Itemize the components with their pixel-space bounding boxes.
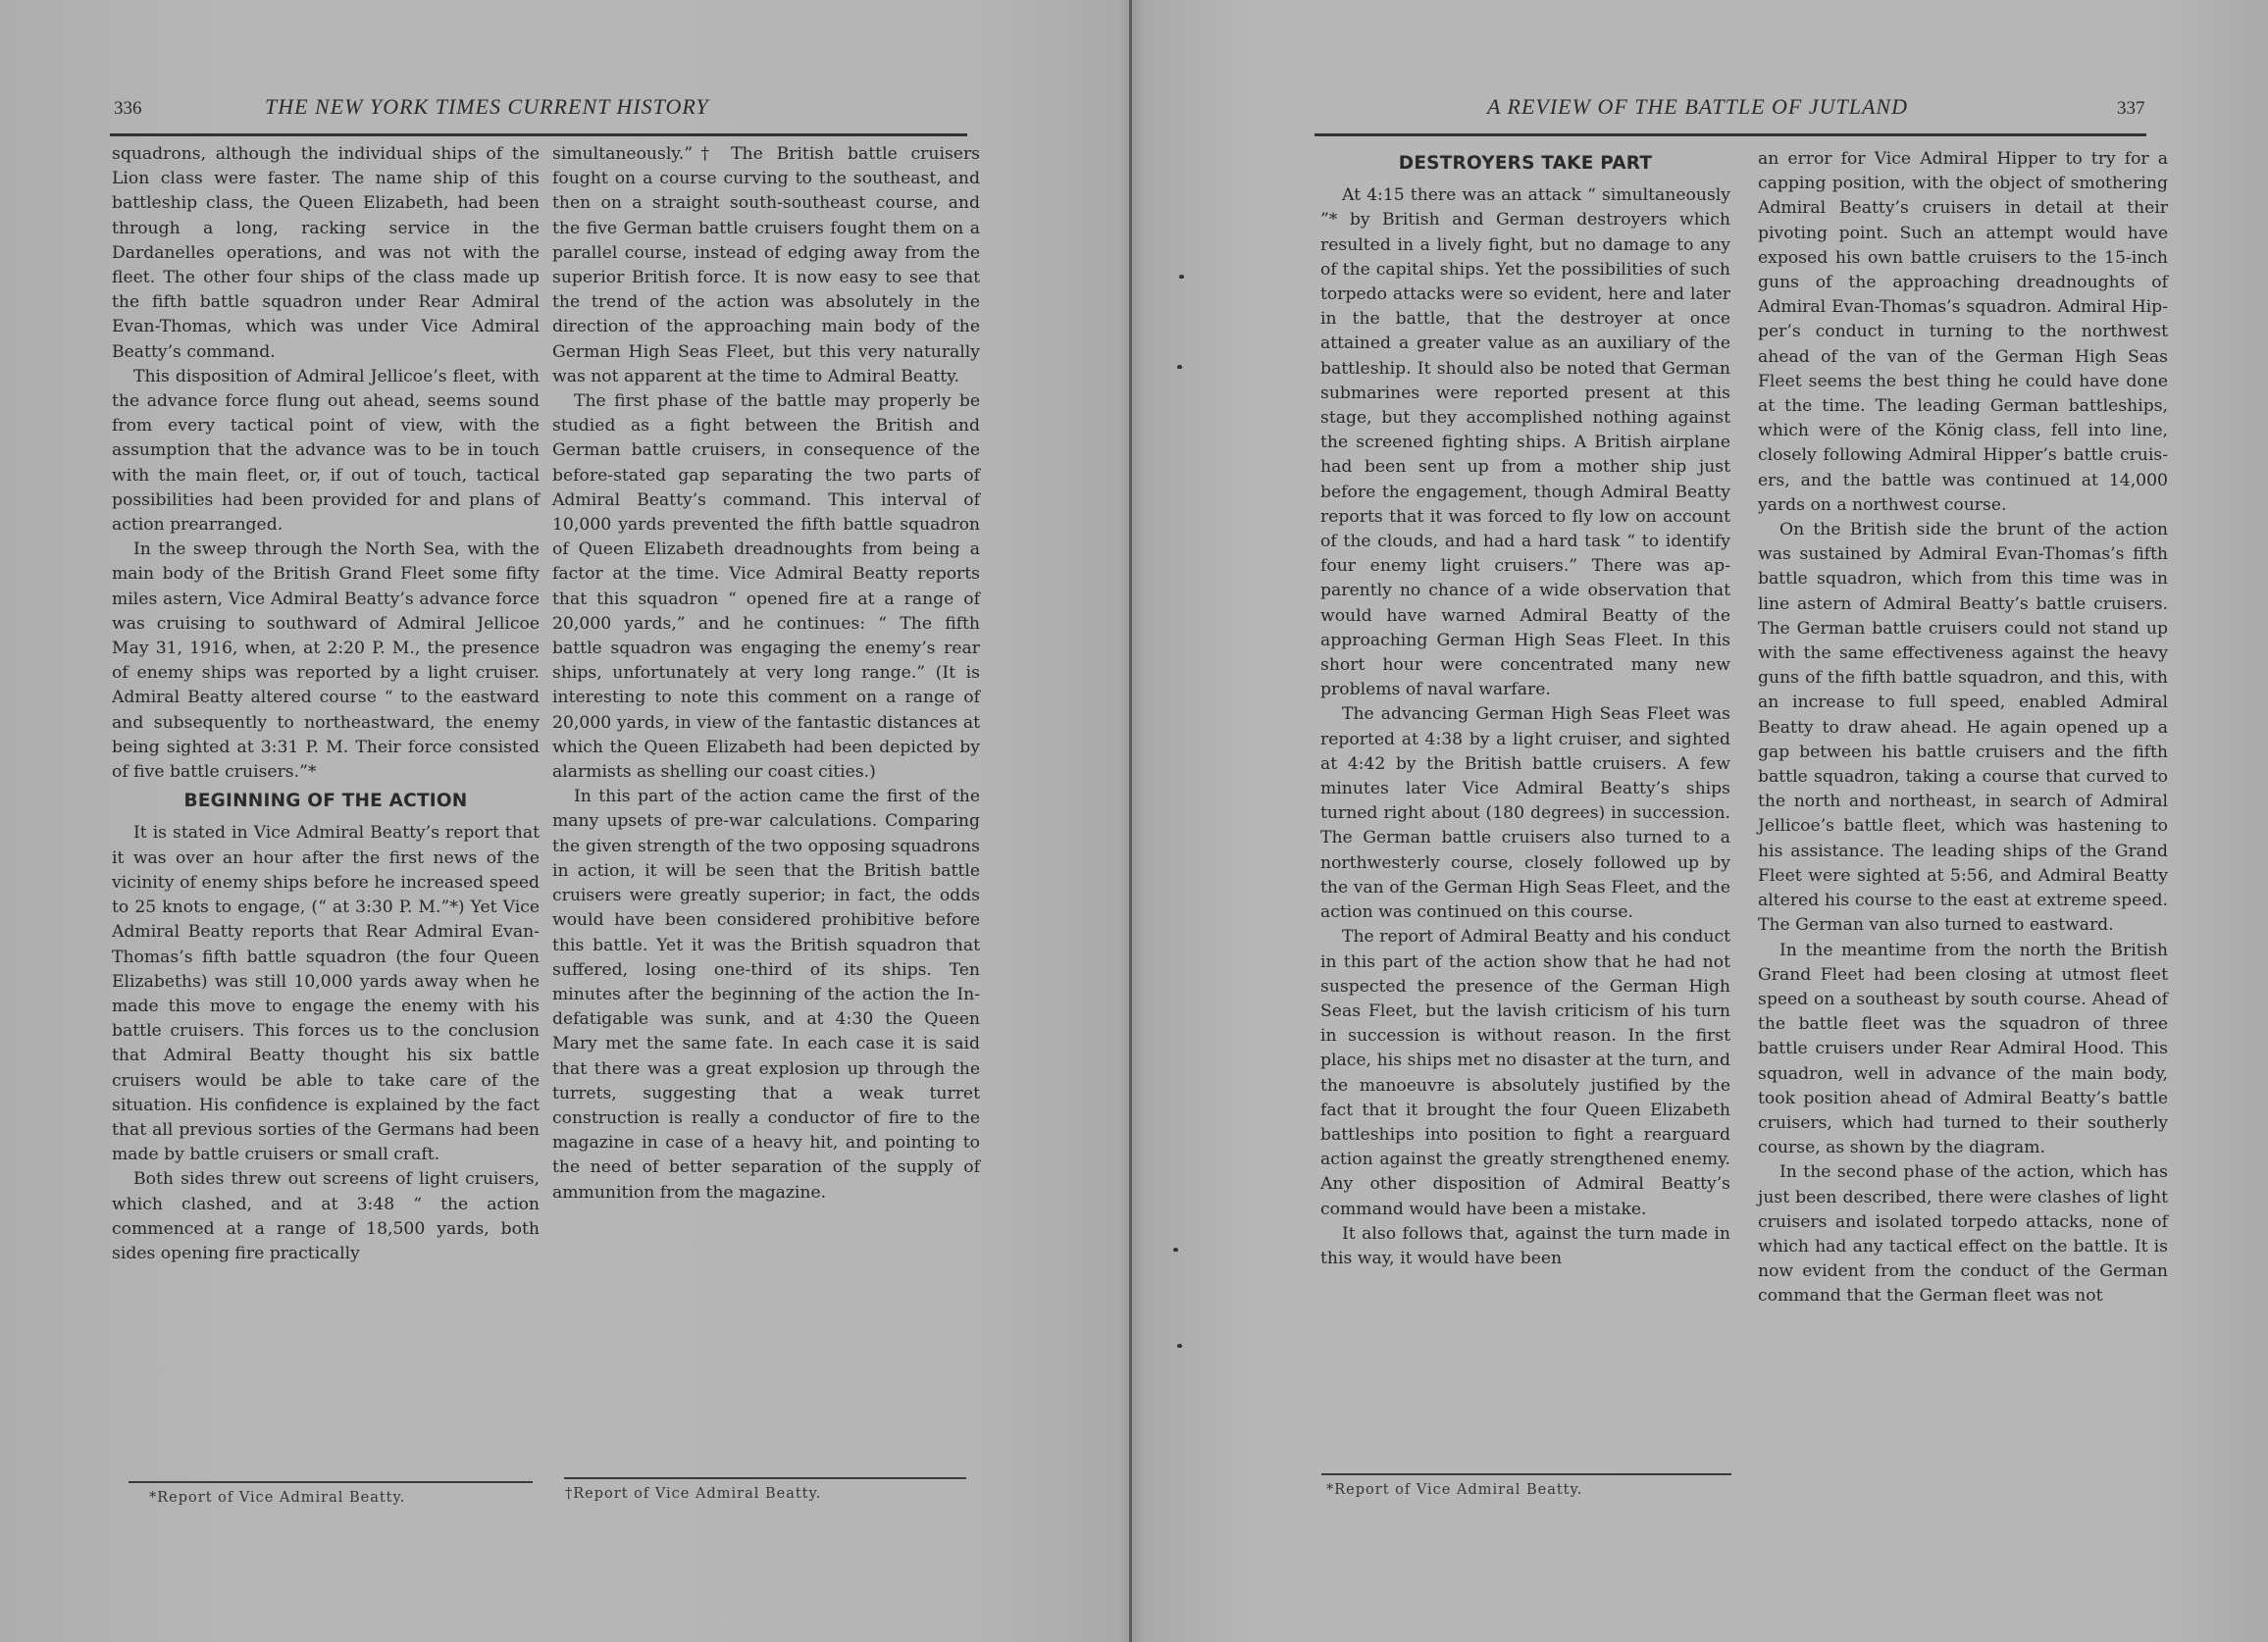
footnote: †Report of Vice Admiral Beatty. [565,1486,821,1502]
page-number: 336 [114,98,142,120]
column-4: an error for Vice Admiral Hipper to try … [1758,147,2168,1309]
paper-speck [1177,365,1182,369]
footnote: *Report of Vice Admiral Beatty. [149,1490,405,1506]
paragraph: The first phase of the battle may proper… [552,389,980,785]
paragraph: simultaneously.”† The British battle cru… [552,142,980,389]
column-3: DESTROYERS TAKE PARTAt 4:15 there was an… [1320,147,1730,1271]
paragraph: In the second phase of the action, which… [1758,1160,2168,1308]
header-rule [1314,133,2146,136]
running-head: THE NEW YORK TIMES CURRENT HISTORY [265,94,709,124]
section-heading: BEGINNING OF THE ACTION [112,789,540,813]
paragraph: On the British side the brunt of the act… [1758,518,2168,938]
section-heading: DESTROYERS TAKE PART [1320,151,1730,176]
book-spine [1129,0,1132,1642]
paragraph: At 4:15 there was an attack “ simul­tane… [1320,183,1730,702]
paragraph: It also follows that, against the turn m… [1320,1222,1730,1271]
left-page: 336 THE NEW YORK TIMES CURRENT HISTORY s… [0,0,1130,1642]
footnote-rule [564,1477,966,1479]
paragraph: an error for Vice Admiral Hipper to try … [1758,147,2168,518]
footnote: *Report of Vice Admiral Beatty. [1326,1482,1582,1498]
footnote-rule [129,1481,533,1483]
paragraph: It is stated in Vice Admiral Beatty’s re… [112,821,540,1167]
paper-speck [1179,275,1184,279]
column-2: simultaneously.”† The British battle cru… [552,142,980,1206]
paragraph: In the meantime from the north the Briti… [1758,939,2168,1161]
paper-speck [1177,1344,1182,1348]
footnote-rule [1321,1473,1731,1475]
paper-speck [1173,1248,1178,1252]
paragraph: squadrons, although the individual ships… [112,142,540,365]
column-1: squadrons, although the individual ships… [112,142,540,1266]
paragraph: In this part of the action came the firs… [552,785,980,1205]
paragraph: This disposition of Admiral Jellicoe’s f… [112,365,540,538]
page-number: 337 [2117,98,2145,120]
paragraph: In the sweep through the North Sea, with… [112,538,540,785]
paragraph: The advancing German High Seas Fleet was… [1320,702,1730,925]
paragraph: Both sides threw out screens of light cr… [112,1167,540,1266]
right-page: A REVIEW OF THE BATTLE OF JUTLAND 337 DE… [1130,0,2268,1642]
header-rule [110,133,967,136]
spine-shadow [1118,0,1146,1642]
paragraph: The report of Admiral Beatty and his con… [1320,925,1730,1221]
running-head: A REVIEW OF THE BATTLE OF JUTLAND [1487,94,1908,124]
